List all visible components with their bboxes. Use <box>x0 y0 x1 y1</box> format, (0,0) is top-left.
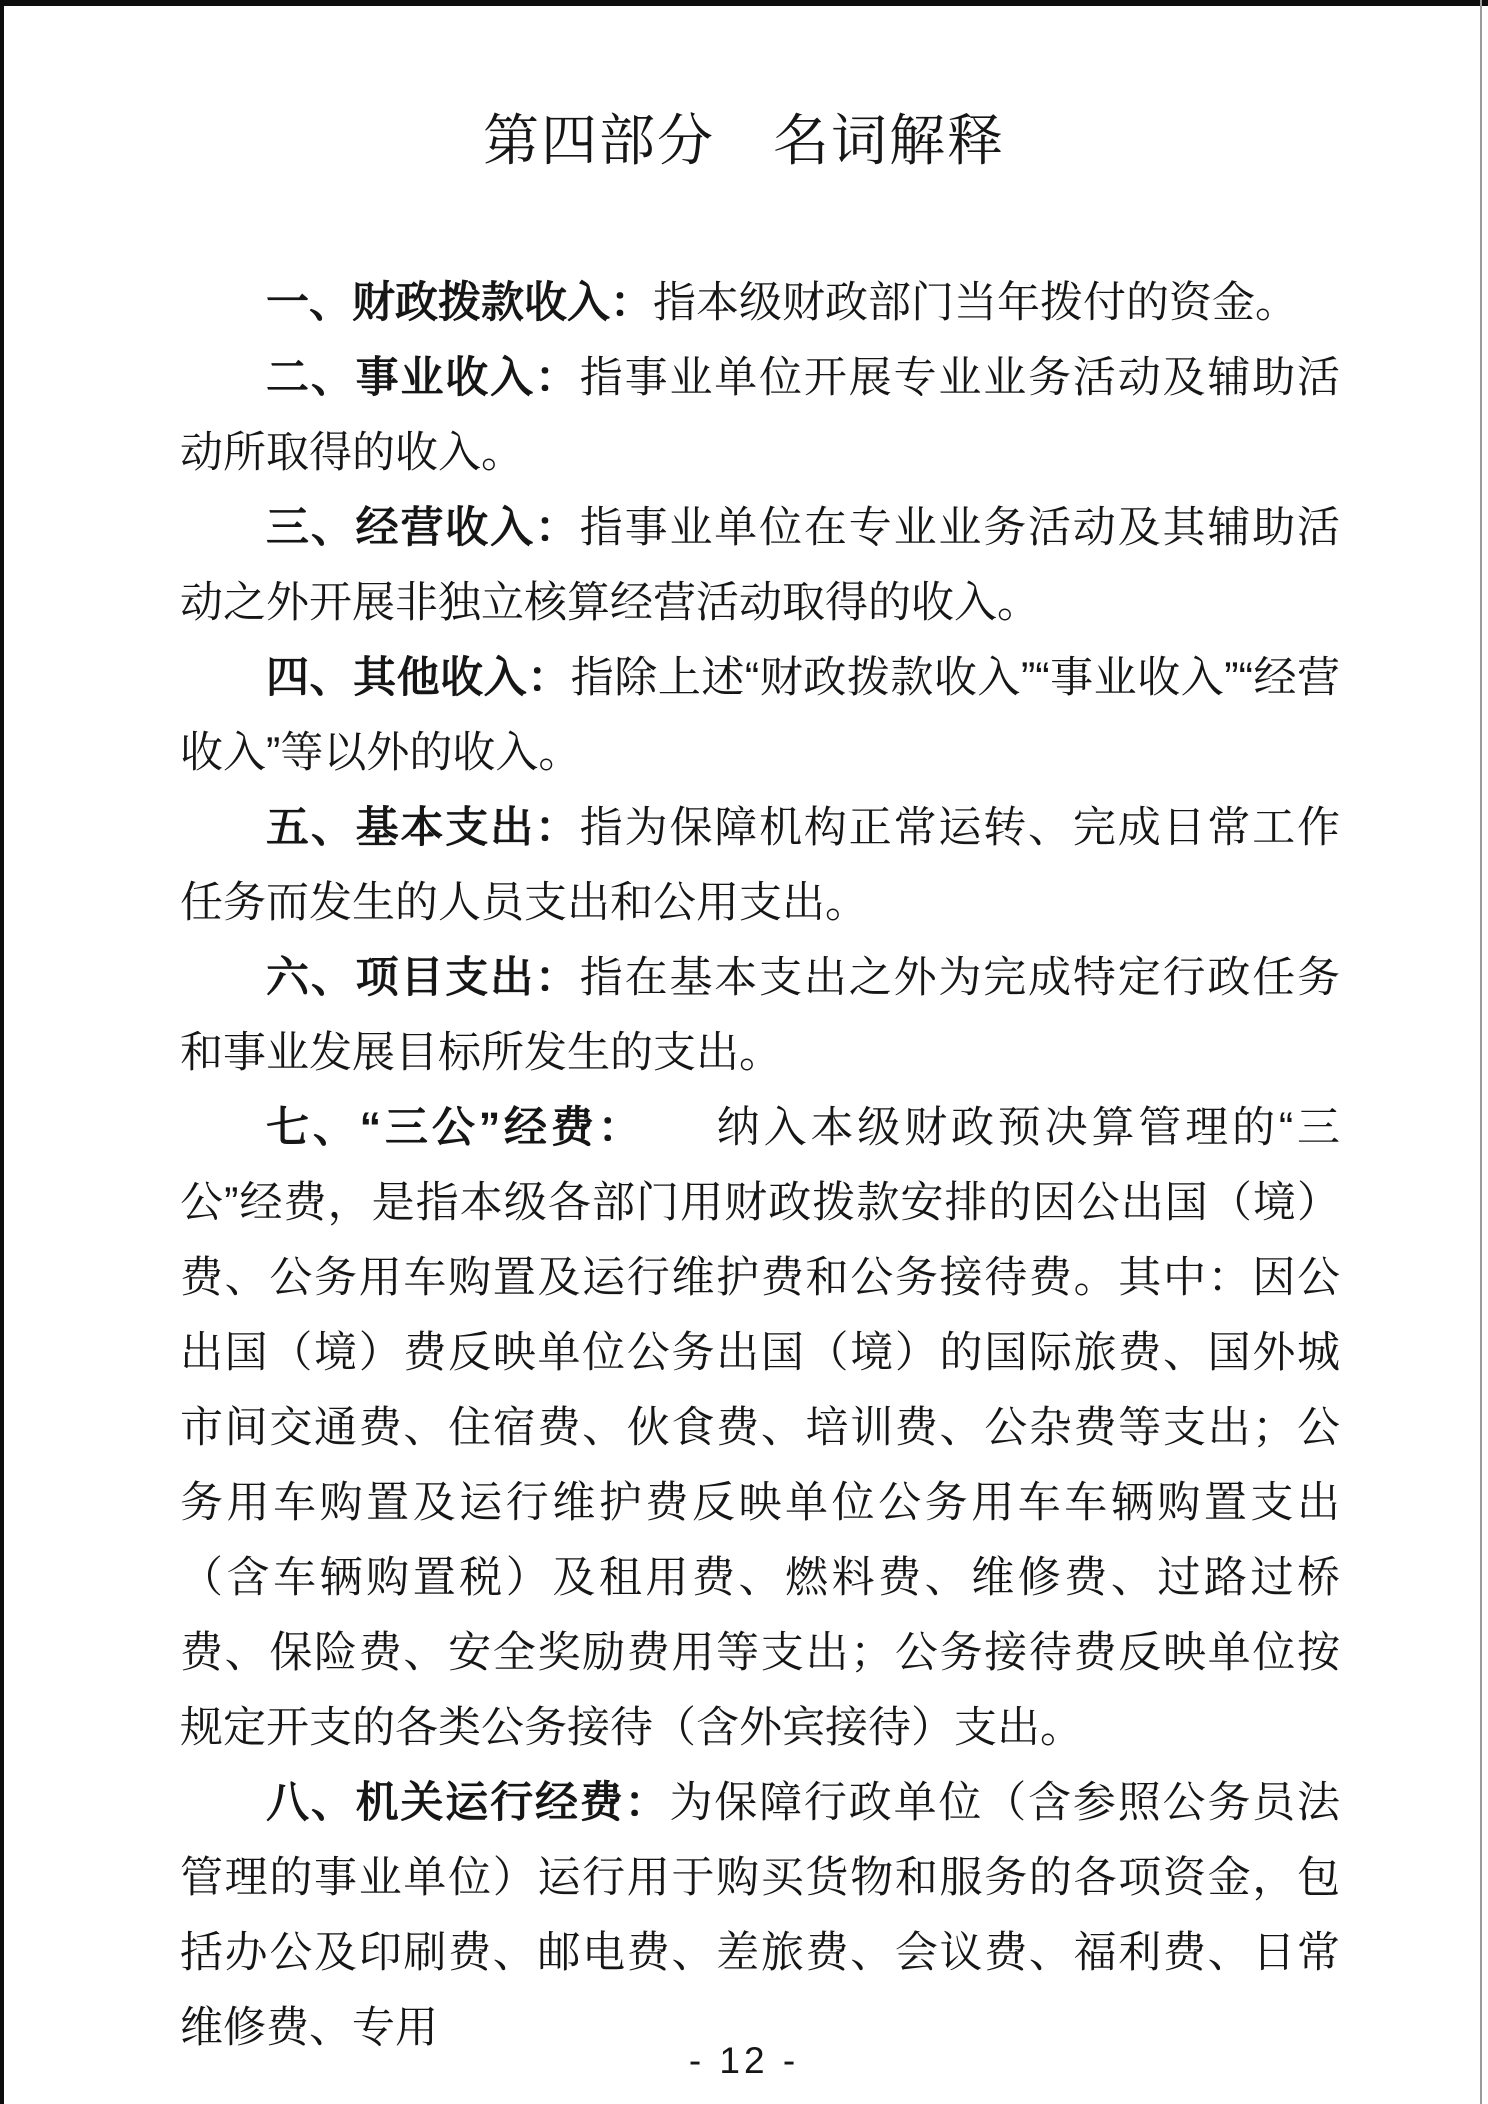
term-text: 指本级财政部门当年拨付的资金。 <box>653 279 1298 327</box>
term-text: 纳入本级财政预决算管理的“三公”经费，是指本级各部门用财政拨款安排的因公出国（境… <box>180 1104 1340 1752</box>
term-paragraph: 八、机关运行经费：为保障行政单位（含参照公务员法管理的事业单位）运行用于购买货物… <box>180 1766 1340 2066</box>
term-label: 七、“三公”经费： <box>266 1104 623 1152</box>
scan-edge-right <box>1480 0 1482 2104</box>
term-label: 五、基本支出： <box>266 804 580 852</box>
term-paragraph: 一、财政拨款收入：指本级财政部门当年拨付的资金。 <box>180 266 1340 341</box>
term-paragraph: 六、项目支出：指在基本支出之外为完成特定行政任务和事业发展目标所发生的支出。 <box>180 941 1340 1091</box>
term-label: 二、事业收入： <box>266 354 580 402</box>
glossary-section: 一、财政拨款收入：指本级财政部门当年拨付的资金。 二、事业收入：指事业单位开展专… <box>0 266 1488 2066</box>
scan-edge-top <box>0 0 1488 6</box>
term-paragraph: 三、经营收入：指事业单位在专业业务活动及其辅助活动之外开展非独立核算经营活动取得… <box>180 491 1340 641</box>
page-title: 第四部分 名词解释 <box>0 104 1488 178</box>
term-paragraph: 五、基本支出：指为保障机构正常运转、完成日常工作任务而发生的人员支出和公用支出。 <box>180 791 1340 941</box>
term-paragraph: 四、其他收入：指除上述“财政拨款收入”“事业收入”“经营收入”等以外的收入。 <box>180 641 1340 791</box>
document-page: 第四部分 名词解释 一、财政拨款收入：指本级财政部门当年拨付的资金。 二、事业收… <box>0 0 1488 2104</box>
term-label: 六、项目支出： <box>266 954 580 1002</box>
scan-edge-left <box>0 0 4 2104</box>
term-label: 一、财政拨款收入： <box>266 279 653 327</box>
term-paragraph: 二、事业收入：指事业单位开展专业业务活动及辅助活动所取得的收入。 <box>180 341 1340 491</box>
term-paragraph: 七、“三公”经费： 纳入本级财政预决算管理的“三公”经费，是指本级各部门用财政拨… <box>180 1091 1340 1766</box>
term-label: 三、经营收入： <box>266 504 580 552</box>
term-label: 四、其他收入： <box>266 654 571 702</box>
term-label: 八、机关运行经费： <box>266 1779 669 1827</box>
page-number: - 12 - <box>0 2040 1488 2082</box>
